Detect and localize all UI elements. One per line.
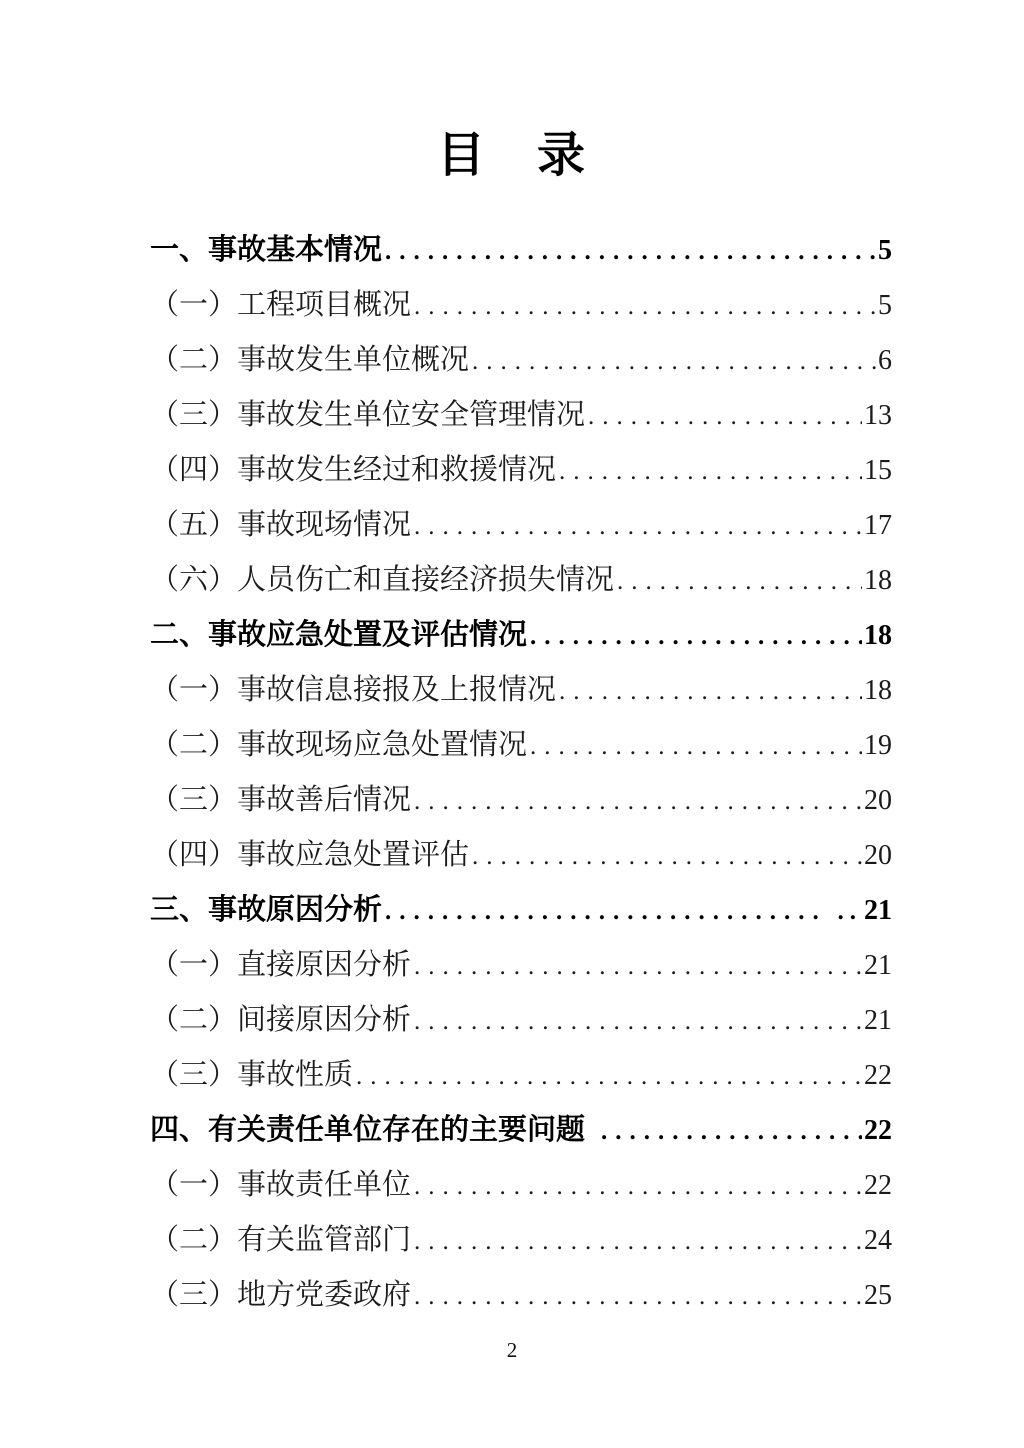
dot-leader: ........................................… [411,788,862,816]
toc-entry-label: （三）地方党委政府 [150,1272,411,1313]
toc-entry[interactable]: 二、事故应急处置及评估情况 ..........................… [150,612,892,667]
toc-entry-page: 24 [862,1225,892,1257]
toc-entry-label: （三）事故发生单位安全管理情况 [150,392,585,433]
dot-leader-tail: .. [825,898,862,926]
page-footer: 2 [0,1338,1024,1363]
toc-entry[interactable]: 四、有关责任单位存在的主要问题 ........................… [150,1107,892,1162]
page-number: 2 [507,1338,518,1362]
dot-leader: ........................................… [585,1118,862,1146]
dot-leader: ........................................… [527,733,862,761]
toc-entry[interactable]: （三）事故发生单位安全管理情况 ........................… [150,392,892,447]
toc-entry-label: （一）工程项目概况 [150,282,411,323]
toc-entry[interactable]: （二）有关监管部门 ..............................… [150,1217,892,1272]
toc-entry-label: （一）事故信息接报及上报情况 [150,667,556,708]
toc-entry-label: 二、事故应急处置及评估情况 [150,612,527,653]
toc-entry-label: （三）事故性质 [150,1052,353,1093]
toc-entry[interactable]: （二）事故现场应急处置情况 ..........................… [150,722,892,777]
toc-entry-page: 22 [862,1060,892,1092]
dot-leader: ........................................… [411,1008,862,1036]
toc-entry-page: 21 [862,1005,892,1037]
toc-entry-label: （一）事故责任单位 [150,1162,411,1203]
toc-entry-label: （五）事故现场情况 [150,502,411,543]
toc-entry-label: （二）事故现场应急处置情况 [150,722,527,763]
toc-entry-label: 四、有关责任单位存在的主要问题 [150,1107,585,1148]
toc-entry-label: （六）人员伤亡和直接经济损失情况 [150,557,614,598]
toc-entry[interactable]: （三）事故性质 ................................… [150,1052,892,1107]
toc-entry-page: 20 [862,840,892,872]
toc-entry-label: （三）事故善后情况 [150,777,411,818]
toc-entry-label: （二）事故发生单位概况 [150,337,469,378]
toc-entry-label: （二）有关监管部门 [150,1217,411,1258]
toc-entry-page: 17 [862,510,892,542]
toc-entry-page: 22 [862,1115,892,1147]
toc-entry[interactable]: （三）地方党委政府 ..............................… [150,1272,892,1327]
toc-entry-page: 13 [862,400,892,432]
toc-entry-label: （一）直接原因分析 [150,942,411,983]
toc-entry[interactable]: （四）事故应急处置评估 ............................… [150,832,892,887]
toc-entry-label: （四）事故发生经过和救援情况 [150,447,556,488]
toc-entry[interactable]: 一、事故基本情况 ...............................… [150,227,892,282]
dot-leader: ........................................… [353,1063,862,1091]
dot-leader: ........................................… [469,348,876,376]
toc-entry[interactable]: （三）事故善后情况 ..............................… [150,777,892,832]
dot-leader: ........................................… [382,898,825,926]
dot-leader: ........................................… [411,293,876,321]
toc-entry-label: （二）间接原因分析 [150,997,411,1038]
toc-entry-page: 18 [862,620,892,652]
toc-entry-page: 18 [862,565,892,597]
toc-entry[interactable]: （六）人员伤亡和直接经济损失情况 .......................… [150,557,892,612]
dot-leader: ........................................… [585,403,862,431]
dot-leader: ........................................… [556,678,862,706]
toc-entry[interactable]: （二）事故发生单位概况 ............................… [150,337,892,392]
toc-entry[interactable]: （一）事故责任单位 ..............................… [150,1162,892,1217]
toc-entry-page: 5 [876,235,892,267]
toc-entry-label: 三、事故原因分析 [150,887,382,928]
toc-entry[interactable]: （五）事故现场情况 ..............................… [150,502,892,557]
toc-entry-page: 5 [876,290,892,322]
toc-entry-page: 20 [862,785,892,817]
dot-leader: ........................................… [382,238,876,266]
toc-entry-page: 6 [876,345,892,377]
dot-leader: ........................................… [411,1173,862,1201]
toc-entry[interactable]: （一）事故信息接报及上报情况 .........................… [150,667,892,722]
dot-leader: ........................................… [411,1283,862,1311]
document-page: { "title": "目 录", "toc": { "dot_char": "… [0,0,1024,1448]
toc-entry[interactable]: （二）间接原因分析 ..............................… [150,997,892,1052]
toc-entry[interactable]: （一）工程项目概况 ..............................… [150,282,892,337]
toc-entry[interactable]: （四）事故发生经过和救援情况 .........................… [150,447,892,502]
dot-leader: ........................................… [469,843,862,871]
dot-leader: ........................................… [614,568,862,596]
toc-entry-page: 19 [862,730,892,762]
toc-entry-page: 21 [862,895,892,927]
toc-entry-page: 22 [862,1170,892,1202]
dot-leader: ........................................… [411,953,862,981]
toc-entry-page: 21 [862,950,892,982]
toc-entry[interactable]: 三、事故原因分析 ...............................… [150,887,892,942]
toc-entry-page: 18 [862,675,892,707]
toc-entry-label: （四）事故应急处置评估 [150,832,469,873]
table-of-contents: 一、事故基本情况 ...............................… [150,227,892,1327]
dot-leader: ........................................… [527,623,862,651]
page-title: 目 录 [0,0,1024,185]
toc-entry-page: 25 [862,1280,892,1312]
dot-leader: ........................................… [556,458,862,486]
dot-leader: ........................................… [411,513,862,541]
toc-entry-label: 一、事故基本情况 [150,227,382,268]
dot-leader: ........................................… [411,1228,862,1256]
toc-entry-page: 15 [862,455,892,487]
toc-entry[interactable]: （一）直接原因分析 ..............................… [150,942,892,997]
